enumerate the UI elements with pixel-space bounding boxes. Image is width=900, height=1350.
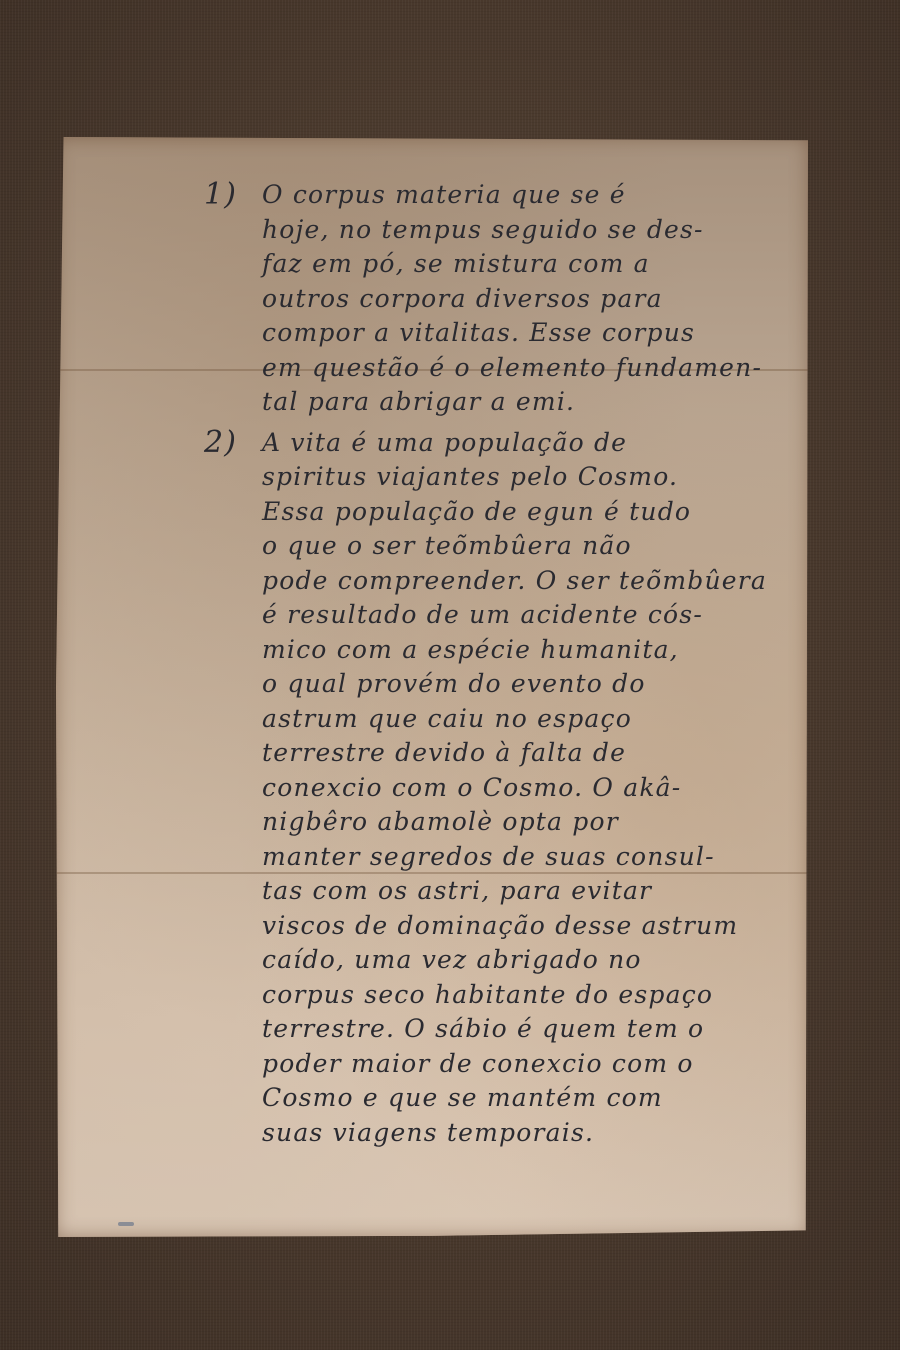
text-line: manter segredos de suas consul- <box>262 840 800 875</box>
text-line: faz em pó, se mistura com a <box>262 247 800 282</box>
text-line: pode compreender. O ser teõmbûera <box>262 564 800 599</box>
text-line: poder maior de conexcio com o <box>262 1047 800 1082</box>
text-line: caído, uma vez abrigado no <box>262 943 800 978</box>
text-line: outros corpora diversos para <box>262 282 800 317</box>
text-line: A vita é uma população de <box>262 426 800 461</box>
text-line: mico com a espécie humanita, <box>262 633 800 668</box>
metal-clip <box>118 1222 134 1226</box>
text-line: corpus seco habitante do espaço <box>262 978 800 1013</box>
paragraph-number: 2) <box>204 426 237 461</box>
text-line: hoje, no tempus seguido se des- <box>262 213 800 248</box>
text-line: viscos de dominação desse astrum <box>262 909 800 944</box>
paragraph-number: 1) <box>204 178 237 213</box>
text-line: Essa população de egun é tudo <box>262 495 800 530</box>
text-line: em questão é o elemento fundamen- <box>262 351 800 386</box>
text-line: spiritus viajantes pelo Cosmo. <box>262 460 800 495</box>
text-line: compor a vitalitas. Esse corpus <box>262 316 800 351</box>
text-line: o qual provém do evento do <box>262 667 800 702</box>
text-line: astrum que caiu no espaço <box>262 702 800 737</box>
text-line: O corpus materia que se é <box>262 178 800 213</box>
text-line: nigbêro abamolè opta por <box>262 805 800 840</box>
numbered-paragraph-2: 2) A vita é uma população de spiritus vi… <box>200 426 800 1151</box>
text-line: terrestre. O sábio é quem tem o <box>262 1012 800 1047</box>
text-line: Cosmo e que se mantém com <box>262 1081 800 1116</box>
text-line: terrestre devido à falta de <box>262 736 800 771</box>
text-line: tas com os astri, para evitar <box>262 874 800 909</box>
manuscript-text: 1) O corpus materia que se é hoje, no te… <box>200 178 800 1150</box>
text-line: conexcio com o Cosmo. O akâ- <box>262 771 800 806</box>
numbered-paragraph-1: 1) O corpus materia que se é hoje, no te… <box>200 178 800 420</box>
text-line: o que o ser teõmbûera não <box>262 529 800 564</box>
text-line: é resultado de um acidente cós- <box>262 598 800 633</box>
text-line: suas viagens temporais. <box>262 1116 800 1151</box>
text-line: tal para abrigar a emi. <box>262 385 800 420</box>
